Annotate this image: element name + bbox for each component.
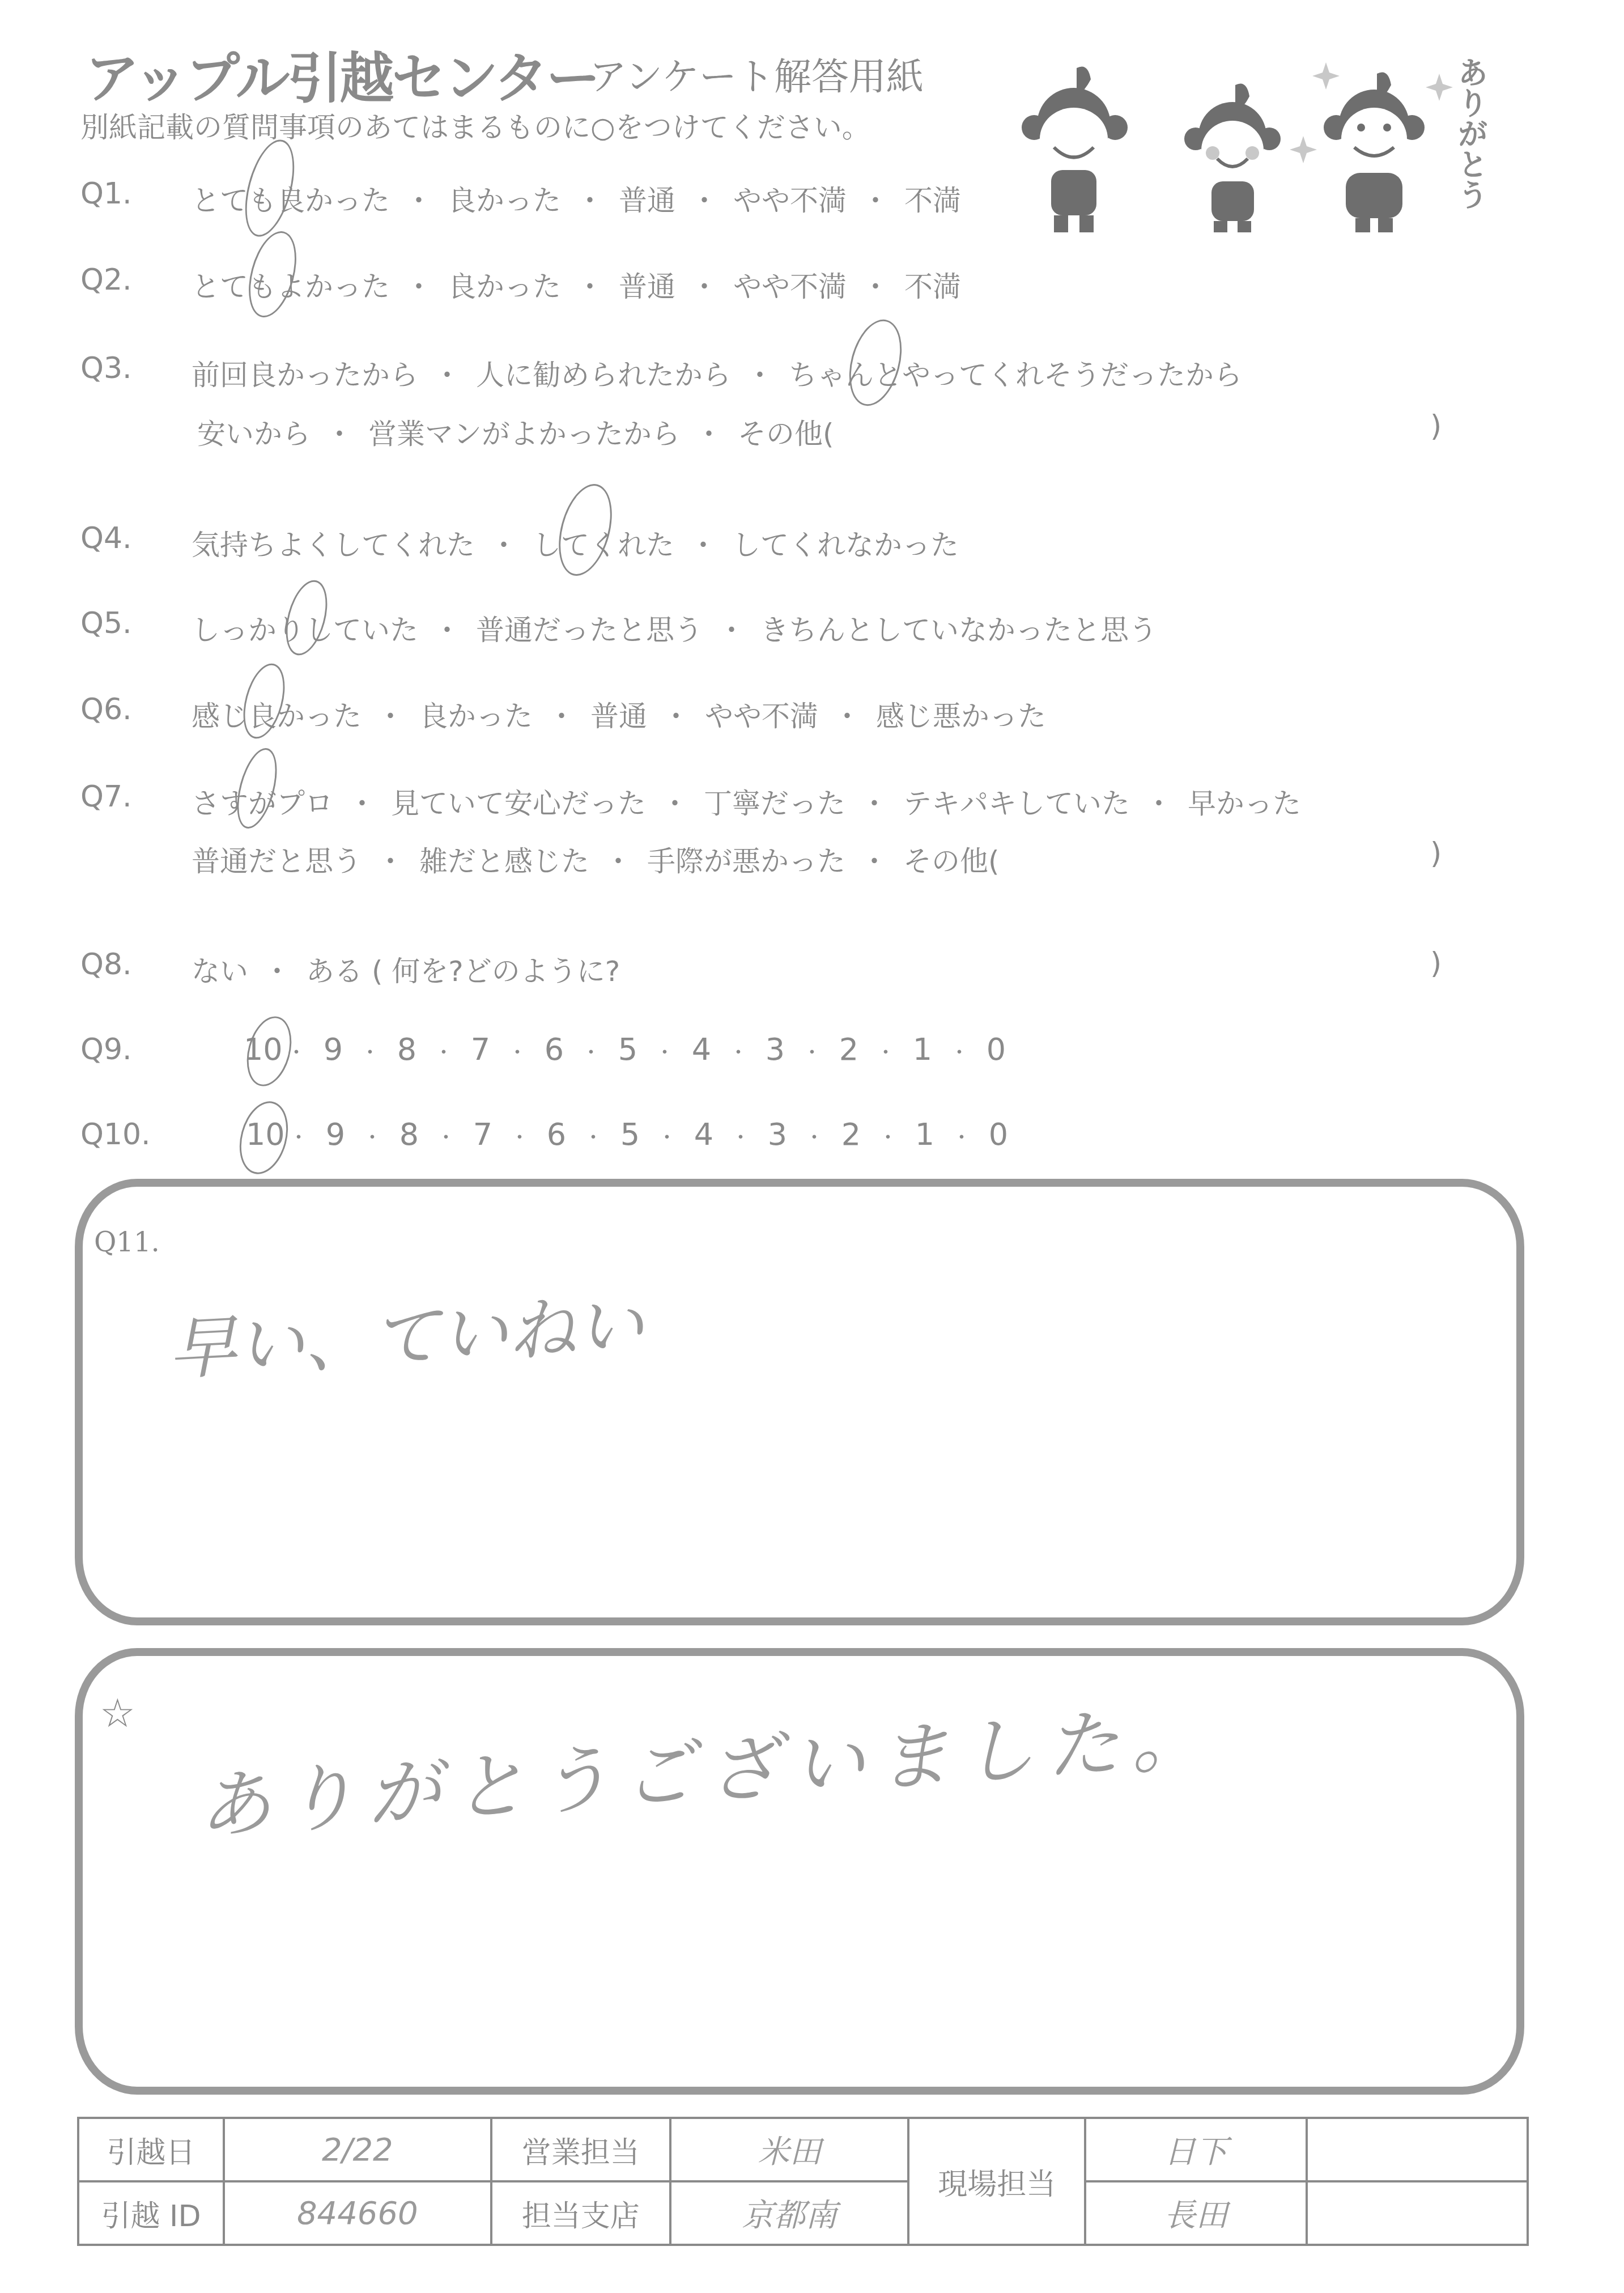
q7-option-7[interactable]: 雑だと感じた <box>419 839 589 880</box>
q9-score-6[interactable]: 6 <box>538 1031 570 1067</box>
instruction-text: 別紙記載の質問事項のあてはまるものに○をつけてください。 <box>80 105 870 146</box>
q2-label: Q2. <box>80 263 132 297</box>
move-info-table: 引越日 2/22 営業担当 米田 現場担当 日下 引越 ID 844660 担当… <box>77 2117 1529 2246</box>
q3-options-row1: 前回良かったから・人に勧められたから・ちゃんとやってくれそうだったから <box>192 353 1242 393</box>
q9-score-7[interactable]: 7 <box>465 1031 496 1067</box>
q7-option-2[interactable]: 見ていて安心だった <box>391 781 646 822</box>
move-id-value[interactable]: 844660 <box>224 2181 491 2245</box>
q10-score-9[interactable]: 9 <box>320 1116 351 1152</box>
q3-option-5[interactable]: 営業マンがよかったから <box>368 411 680 452</box>
monkey-mascots-illustration <box>997 40 1496 232</box>
q7-option-3[interactable]: 丁寧だった <box>704 781 845 822</box>
q4-option-3[interactable]: してくれなかった <box>732 523 959 563</box>
q9-score-0[interactable]: 0 <box>980 1031 1012 1067</box>
q10-score-5[interactable]: 5 <box>614 1116 646 1152</box>
q9-score-9[interactable]: 9 <box>317 1031 349 1067</box>
q1-label: Q1. <box>80 177 132 211</box>
q3-option-other[interactable]: その他( <box>738 411 834 452</box>
sales-rep-label: 営業担当 <box>491 2118 670 2181</box>
q8-options: ない・ある ( 何を?どのように? <box>192 949 620 990</box>
q7-option-5[interactable]: 早かった <box>1188 781 1301 822</box>
q5-option-3[interactable]: きちんとしていなかったと思う <box>760 608 1157 648</box>
q9-score-8[interactable]: 8 <box>391 1031 423 1067</box>
q2-option-3[interactable]: 普通 <box>619 264 675 305</box>
sparkle-icon <box>1312 62 1340 90</box>
q1-option-1[interactable]: とても良かった <box>192 178 390 219</box>
q8-option-yes[interactable]: ある ( 何を?どのように? <box>306 949 620 990</box>
q8-close-paren: ) <box>1430 946 1442 980</box>
company-title: アップル引越センター <box>85 35 598 113</box>
monkey-wink-icon <box>1022 67 1128 233</box>
q7-label: Q7. <box>80 780 132 814</box>
q6-option-3[interactable]: 普通 <box>590 694 647 734</box>
q2-option-2[interactable]: 良かった <box>448 264 561 305</box>
q3-option-2[interactable]: 人に勧められたから <box>476 353 731 393</box>
q6-option-4[interactable]: やや不満 <box>705 694 818 734</box>
q3-close-paren: ) <box>1430 409 1442 443</box>
q7-option-1[interactable]: さすがプロ <box>192 781 333 822</box>
q10-score-0[interactable]: 0 <box>983 1116 1014 1152</box>
q7-option-other[interactable]: その他( <box>903 839 1000 880</box>
sales-rep-value[interactable]: 米田 <box>670 2118 908 2181</box>
q5-option-1[interactable]: しっかりしていた <box>192 608 418 648</box>
q7-options-row1: さすがプロ・見ていて安心だった・丁寧だった・テキパキしていた・早かった <box>192 781 1301 822</box>
q6-label: Q6. <box>80 693 132 727</box>
field-rep-label: 現場担当 <box>908 2118 1085 2245</box>
q7-option-4[interactable]: テキパキしていた <box>903 781 1130 822</box>
q10-score-1[interactable]: 1 <box>909 1116 941 1152</box>
q7-close-paren: ) <box>1430 836 1442 871</box>
q4-option-1[interactable]: 気持ちよくしてくれた <box>192 523 475 563</box>
q1-option-5[interactable]: 不満 <box>904 178 961 219</box>
q3-option-4[interactable]: 安いから <box>197 411 311 452</box>
extra-cell-2[interactable] <box>1307 2181 1528 2245</box>
q7-option-8[interactable]: 手際が悪かった <box>647 839 845 880</box>
move-date-value[interactable]: 2/22 <box>224 2118 491 2181</box>
q9-score-3[interactable]: 3 <box>759 1031 791 1067</box>
branch-value[interactable]: 京都南 <box>670 2181 908 2245</box>
q10-score-10[interactable]: 10 <box>246 1116 278 1152</box>
field-rep-value-1[interactable]: 日下 <box>1085 2118 1307 2181</box>
q8-label: Q8. <box>80 948 132 982</box>
q1-option-3[interactable]: 普通 <box>619 178 675 219</box>
q3-option-1[interactable]: 前回良かったから <box>192 353 418 393</box>
q5-option-2[interactable]: 普通だったと思う <box>476 608 703 648</box>
monkey-blush-icon <box>1184 84 1281 233</box>
q6-option-2[interactable]: 良かった <box>419 694 533 734</box>
star-icon: ☆ <box>100 1690 135 1736</box>
q4-label: Q4. <box>80 521 132 555</box>
q10-score-6[interactable]: 6 <box>541 1116 572 1152</box>
field-rep-value-2[interactable]: 長田 <box>1085 2181 1307 2245</box>
q10-scale: 10・9・8・7・6・5・4・3・2・1・0 <box>246 1116 1014 1152</box>
q10-label: Q10. <box>80 1118 151 1152</box>
q10-score-8[interactable]: 8 <box>393 1116 425 1152</box>
q8-option-none[interactable]: ない <box>192 949 248 990</box>
branch-label: 担当支店 <box>491 2181 670 2245</box>
q5-options: しっかりしていた・普通だったと思う・きちんとしていなかったと思う <box>192 608 1157 648</box>
comment-box[interactable]: ☆ ありがとうございました。 <box>75 1648 1524 2095</box>
q7-options-row2: 普通だと思う・雑だと感じた・手際が悪かった・その他( <box>192 839 1000 880</box>
q1-option-4[interactable]: やや不満 <box>733 178 847 219</box>
q3-label: Q3. <box>80 351 132 385</box>
q1-option-2[interactable]: 良かった <box>448 178 561 219</box>
q11-label: Q11. <box>94 1226 160 1258</box>
q9-scale: 10・9・8・7・6・5・4・3・2・1・0 <box>244 1031 1012 1067</box>
q9-label: Q9. <box>80 1033 132 1067</box>
q4-options: 気持ちよくしてくれた・してくれた・してくれなかった <box>192 523 959 563</box>
q6-options: 感じ良かった・良かった・普通・やや不満・感じ悪かった <box>192 694 1046 734</box>
q11-answer-box[interactable]: Q11. 早い、ていねい <box>75 1179 1524 1625</box>
comment-handwritten-text: ありがとうございました。 <box>194 1677 1219 1854</box>
q5-label: Q5. <box>80 606 132 640</box>
q7-option-6[interactable]: 普通だと思う <box>192 839 362 880</box>
q1-options: とても良かった・良かった・普通・やや不満・不満 <box>192 178 961 219</box>
form-title: アンケート解答用紙 <box>589 46 924 100</box>
q9-score-2[interactable]: 2 <box>833 1031 865 1067</box>
q2-option-1[interactable]: とてもよかった <box>192 264 390 305</box>
move-id-label: 引越 ID <box>78 2181 224 2245</box>
q6-option-5[interactable]: 感じ悪かった <box>876 694 1046 734</box>
q10-score-3[interactable]: 3 <box>762 1116 793 1152</box>
q10-score-2[interactable]: 2 <box>835 1116 867 1152</box>
q4-option-2[interactable]: してくれた <box>533 523 674 563</box>
monkey-smile-icon <box>1324 73 1425 233</box>
extra-cell-1[interactable] <box>1307 2118 1528 2181</box>
q2-option-4[interactable]: やや不満 <box>733 264 847 305</box>
q10-score-7[interactable]: 7 <box>467 1116 499 1152</box>
move-date-label: 引越日 <box>78 2118 224 2181</box>
q6-option-1[interactable]: 感じ良かった <box>192 694 362 734</box>
q11-handwritten-answer: 早い、ていねい <box>165 1271 646 1393</box>
q3-options-row2: 安いから・営業マンがよかったから・その他( <box>197 411 834 452</box>
q9-score-1[interactable]: 1 <box>907 1031 938 1067</box>
q9-score-5[interactable]: 5 <box>612 1031 644 1067</box>
sparkle-icon <box>1290 136 1317 163</box>
mascot-caption: ありがとう <box>1453 57 1487 216</box>
q9-score-10[interactable]: 10 <box>244 1031 275 1067</box>
q3-option-3[interactable]: ちゃんとやってくれそうだったから <box>789 353 1242 393</box>
q2-options: とてもよかった・良かった・普通・やや不満・不満 <box>192 264 961 305</box>
q9-score-4[interactable]: 4 <box>686 1031 717 1067</box>
sparkle-icon <box>1426 74 1453 101</box>
q10-score-4[interactable]: 4 <box>688 1116 720 1152</box>
q2-option-5[interactable]: 不満 <box>904 264 961 305</box>
